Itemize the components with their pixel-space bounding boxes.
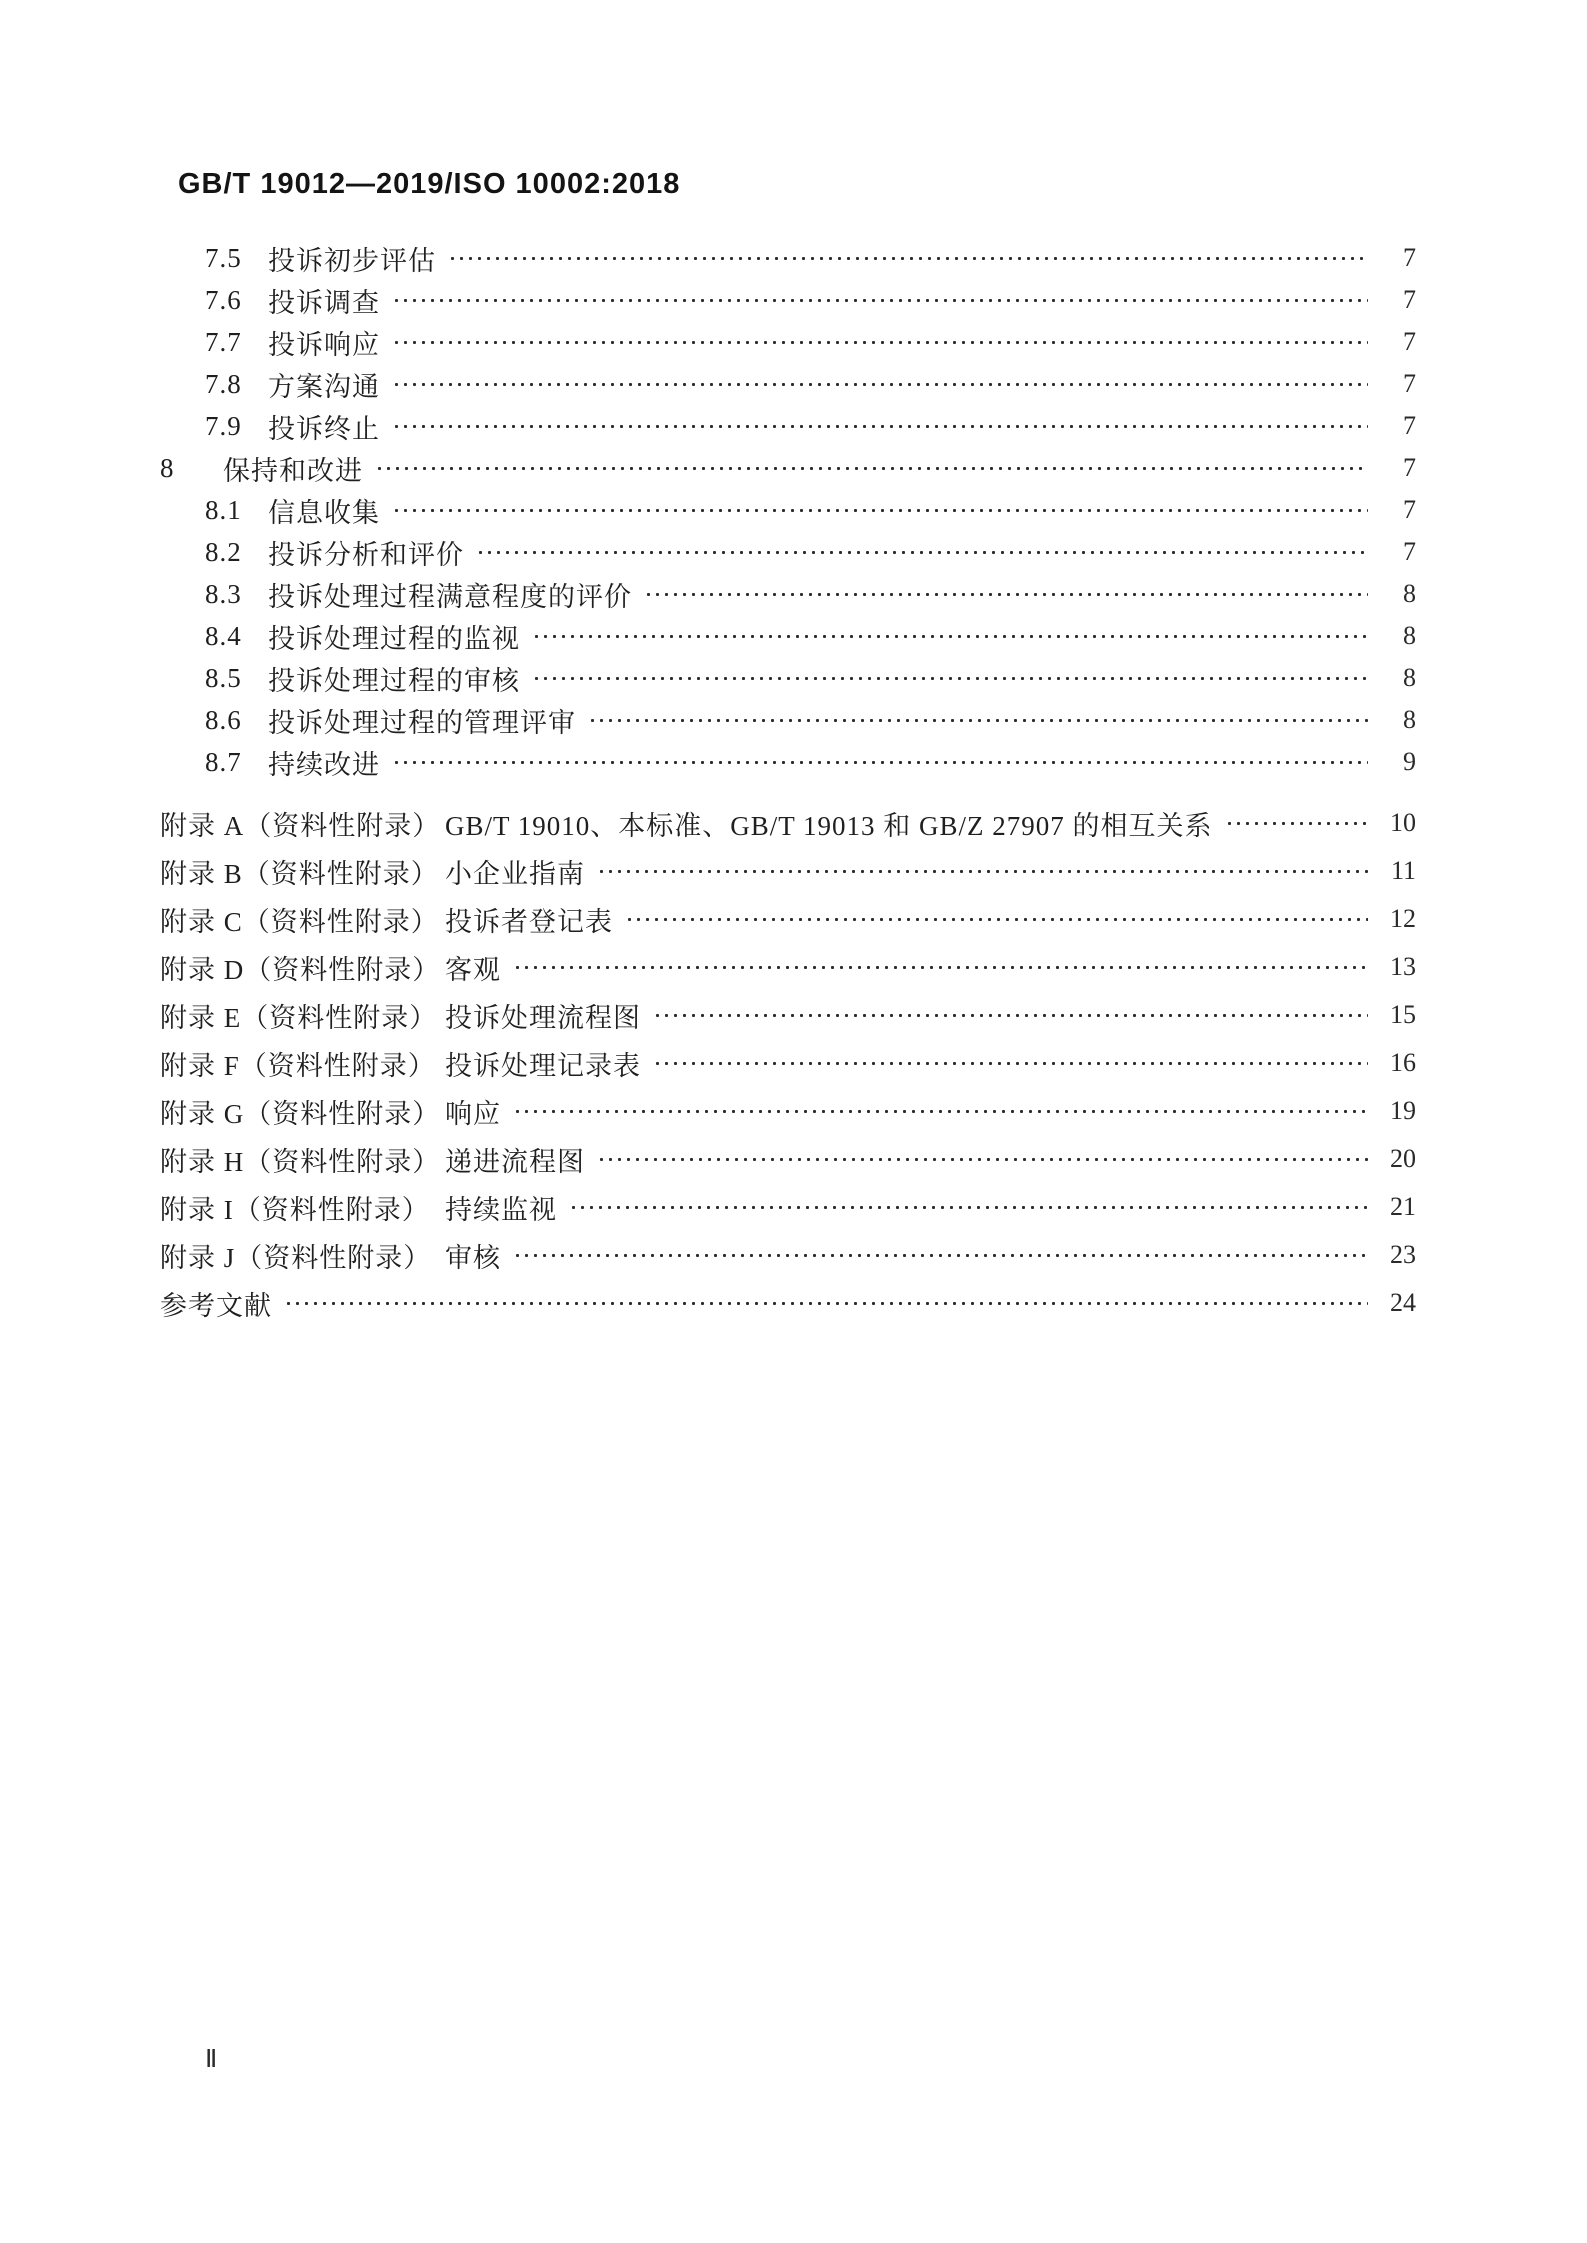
dot-leader [653,991,1368,1039]
toc-appendix-label: 附录 H（资料性附录） [160,1140,445,1179]
toc-appendix-label: 附录 E（资料性附录） [160,996,445,1035]
toc-entry-page: 7 [1378,369,1416,399]
toc-entry-number: 7.8 [205,369,268,400]
toc-entry-number: 7.9 [205,411,268,442]
toc-entry: 7.6 投诉调查 7 [160,279,1416,321]
toc-entry-page: 15 [1378,1000,1416,1030]
toc-appendix-title: 投诉处理记录表 [445,1044,641,1083]
toc-appendix-label: 附录 I（资料性附录） [160,1188,445,1227]
toc-entry: 8.4 投诉处理过程的监视 8 [160,615,1416,657]
toc-entry-title: 投诉处理过程的管理评审 [268,701,576,740]
toc-entry-title: 持续改进 [268,743,380,782]
dot-leader [532,615,1368,657]
toc-entry-title: 投诉处理过程满意程度的评价 [268,575,632,614]
toc-entry-page: 19 [1378,1096,1416,1126]
toc-entry-page: 8 [1378,663,1416,693]
toc-entry-page: 7 [1378,495,1416,525]
toc-entry-page: 7 [1378,327,1416,357]
dot-leader [1225,799,1368,847]
toc-entry-title: 投诉初步评估 [268,239,436,278]
toc-appendix-group: 附录 A（资料性附录） GB/T 19010、本标准、GB/T 19013 和 … [160,799,1416,1327]
dot-leader [644,573,1368,615]
toc-appendix-title: 响应 [445,1092,501,1131]
dot-leader [392,405,1368,447]
toc-appendix-entry: 附录 B（资料性附录） 小企业指南 11 [160,847,1416,895]
dot-leader [392,741,1368,783]
toc-appendix-title: 审核 [445,1236,501,1275]
toc-entry-number: 8.3 [205,579,268,610]
toc-entry-number: 8.6 [205,705,268,736]
toc-entry: 7.9 投诉终止 7 [160,405,1416,447]
toc-entry-page: 12 [1378,904,1416,934]
toc-entry-page: 24 [1378,1288,1416,1318]
table-of-contents: 7.5 投诉初步评估 7 7.6 投诉调查 7 7.7 投诉响应 7 7.8 方… [160,237,1416,1327]
toc-entry-title: 投诉调查 [268,281,380,320]
dot-leader [597,1135,1368,1183]
toc-appendix-entry: 附录 D（资料性附录） 客观 13 [160,943,1416,991]
dot-leader [513,1231,1368,1279]
toc-entry-page: 21 [1378,1192,1416,1222]
toc-appendix-entry: 附录 G（资料性附录） 响应 19 [160,1087,1416,1135]
dot-leader [588,699,1368,741]
dot-leader [513,943,1368,991]
toc-appendix-entry: 附录 C（资料性附录） 投诉者登记表 12 [160,895,1416,943]
toc-appendix-label: 附录 C（资料性附录） [160,900,445,939]
toc-entry-page: 7 [1378,537,1416,567]
toc-entry-page: 8 [1378,579,1416,609]
dot-leader [569,1183,1368,1231]
toc-entry-title: 保持和改进 [223,449,363,488]
dot-leader [476,531,1368,573]
toc-entry: 8.5 投诉处理过程的审核 8 [160,657,1416,699]
toc-entry-title: 方案沟通 [268,365,380,404]
dot-leader [653,1039,1368,1087]
toc-entry-title: 投诉响应 [268,323,380,362]
toc-entry-number: 8.1 [205,495,268,526]
toc-appendix-label: 附录 G（资料性附录） [160,1092,445,1131]
toc-entry-page: 13 [1378,952,1416,982]
dot-leader [284,1279,1368,1327]
dot-leader [513,1087,1368,1135]
toc-entry-title: 投诉终止 [268,407,380,446]
toc-appendix-label: 附录 F（资料性附录） [160,1044,445,1083]
toc-appendix-label: 附录 A（资料性附录） [160,804,445,843]
toc-entry-page: 20 [1378,1144,1416,1174]
toc-entry-page: 23 [1378,1240,1416,1270]
toc-entry: 8.2 投诉分析和评价 7 [160,531,1416,573]
toc-entry-number: 7.6 [205,285,268,316]
dot-leader [392,279,1368,321]
toc-references-entry: 参考文献 24 [160,1279,1416,1327]
toc-entry-page: 7 [1378,411,1416,441]
document-page: GB/T 19012—2019/ISO 10002:2018 7.5 投诉初步评… [0,0,1587,2243]
toc-entry: 7.8 方案沟通 7 [160,363,1416,405]
toc-entry: 8.3 投诉处理过程满意程度的评价 8 [160,573,1416,615]
dot-leader [392,321,1368,363]
toc-entry-page: 16 [1378,1048,1416,1078]
toc-entry-page: 7 [1378,285,1416,315]
toc-entry-page: 7 [1378,453,1416,483]
toc-entry: 7.7 投诉响应 7 [160,321,1416,363]
toc-appendix-label: 附录 D（资料性附录） [160,948,445,987]
toc-appendix-entry: 附录 E（资料性附录） 投诉处理流程图 15 [160,991,1416,1039]
toc-references-label: 参考文献 [160,1284,272,1323]
toc-appendix-title: 投诉处理流程图 [445,996,641,1035]
toc-appendix-entry: 附录 A（资料性附录） GB/T 19010、本标准、GB/T 19013 和 … [160,799,1416,847]
toc-entry-number: 7.5 [205,243,268,274]
toc-appendix-title: GB/T 19010、本标准、GB/T 19013 和 GB/Z 27907 的… [445,804,1213,843]
standard-number: GB/T 19012—2019/ISO 10002:2018 [178,168,680,201]
toc-entry-page: 8 [1378,705,1416,735]
toc-appendix-title: 递进流程图 [445,1140,585,1179]
toc-appendix-title: 客观 [445,948,501,987]
dot-leader [392,489,1368,531]
toc-appendix-label: 附录 B（资料性附录） [160,852,445,891]
toc-entry: 8.7 持续改进 9 [160,741,1416,783]
toc-entry-page: 9 [1378,747,1416,777]
dot-leader [625,895,1368,943]
toc-entry-number: 8.5 [205,663,268,694]
toc-entry-title: 投诉处理过程的监视 [268,617,520,656]
toc-appendix-entry: 附录 J（资料性附录） 审核 23 [160,1231,1416,1279]
toc-appendix-title: 小企业指南 [445,852,585,891]
dot-leader [597,847,1368,895]
dot-leader [392,363,1368,405]
dot-leader [448,237,1368,279]
toc-entry-page: 10 [1378,808,1416,838]
toc-entry: 8 保持和改进 7 [160,447,1416,489]
toc-entry: 7.5 投诉初步评估 7 [160,237,1416,279]
toc-entry-title: 投诉处理过程的审核 [268,659,520,698]
toc-entry: 8.1 信息收集 7 [160,489,1416,531]
toc-entry-title: 信息收集 [268,491,380,530]
toc-entry: 8.6 投诉处理过程的管理评审 8 [160,699,1416,741]
dot-leader [375,447,1368,489]
toc-entry-number: 8.2 [205,537,268,568]
toc-appendix-label: 附录 J（资料性附录） [160,1236,445,1275]
toc-entry-number: 8.7 [205,747,268,778]
toc-appendix-title: 持续监视 [445,1188,557,1227]
toc-appendix-title: 投诉者登记表 [445,900,613,939]
toc-appendix-entry: 附录 I（资料性附录） 持续监视 21 [160,1183,1416,1231]
toc-entry-number: 8.4 [205,621,268,652]
page-number: Ⅱ [205,2044,217,2073]
toc-entry-page: 7 [1378,243,1416,273]
toc-entry-page: 8 [1378,621,1416,651]
dot-leader [532,657,1368,699]
toc-entry-number: 8 [160,453,223,484]
toc-entry-title: 投诉分析和评价 [268,533,464,572]
toc-appendix-entry: 附录 H（资料性附录） 递进流程图 20 [160,1135,1416,1183]
toc-entry-page: 11 [1378,856,1416,886]
toc-entry-number: 7.7 [205,327,268,358]
toc-appendix-entry: 附录 F（资料性附录） 投诉处理记录表 16 [160,1039,1416,1087]
